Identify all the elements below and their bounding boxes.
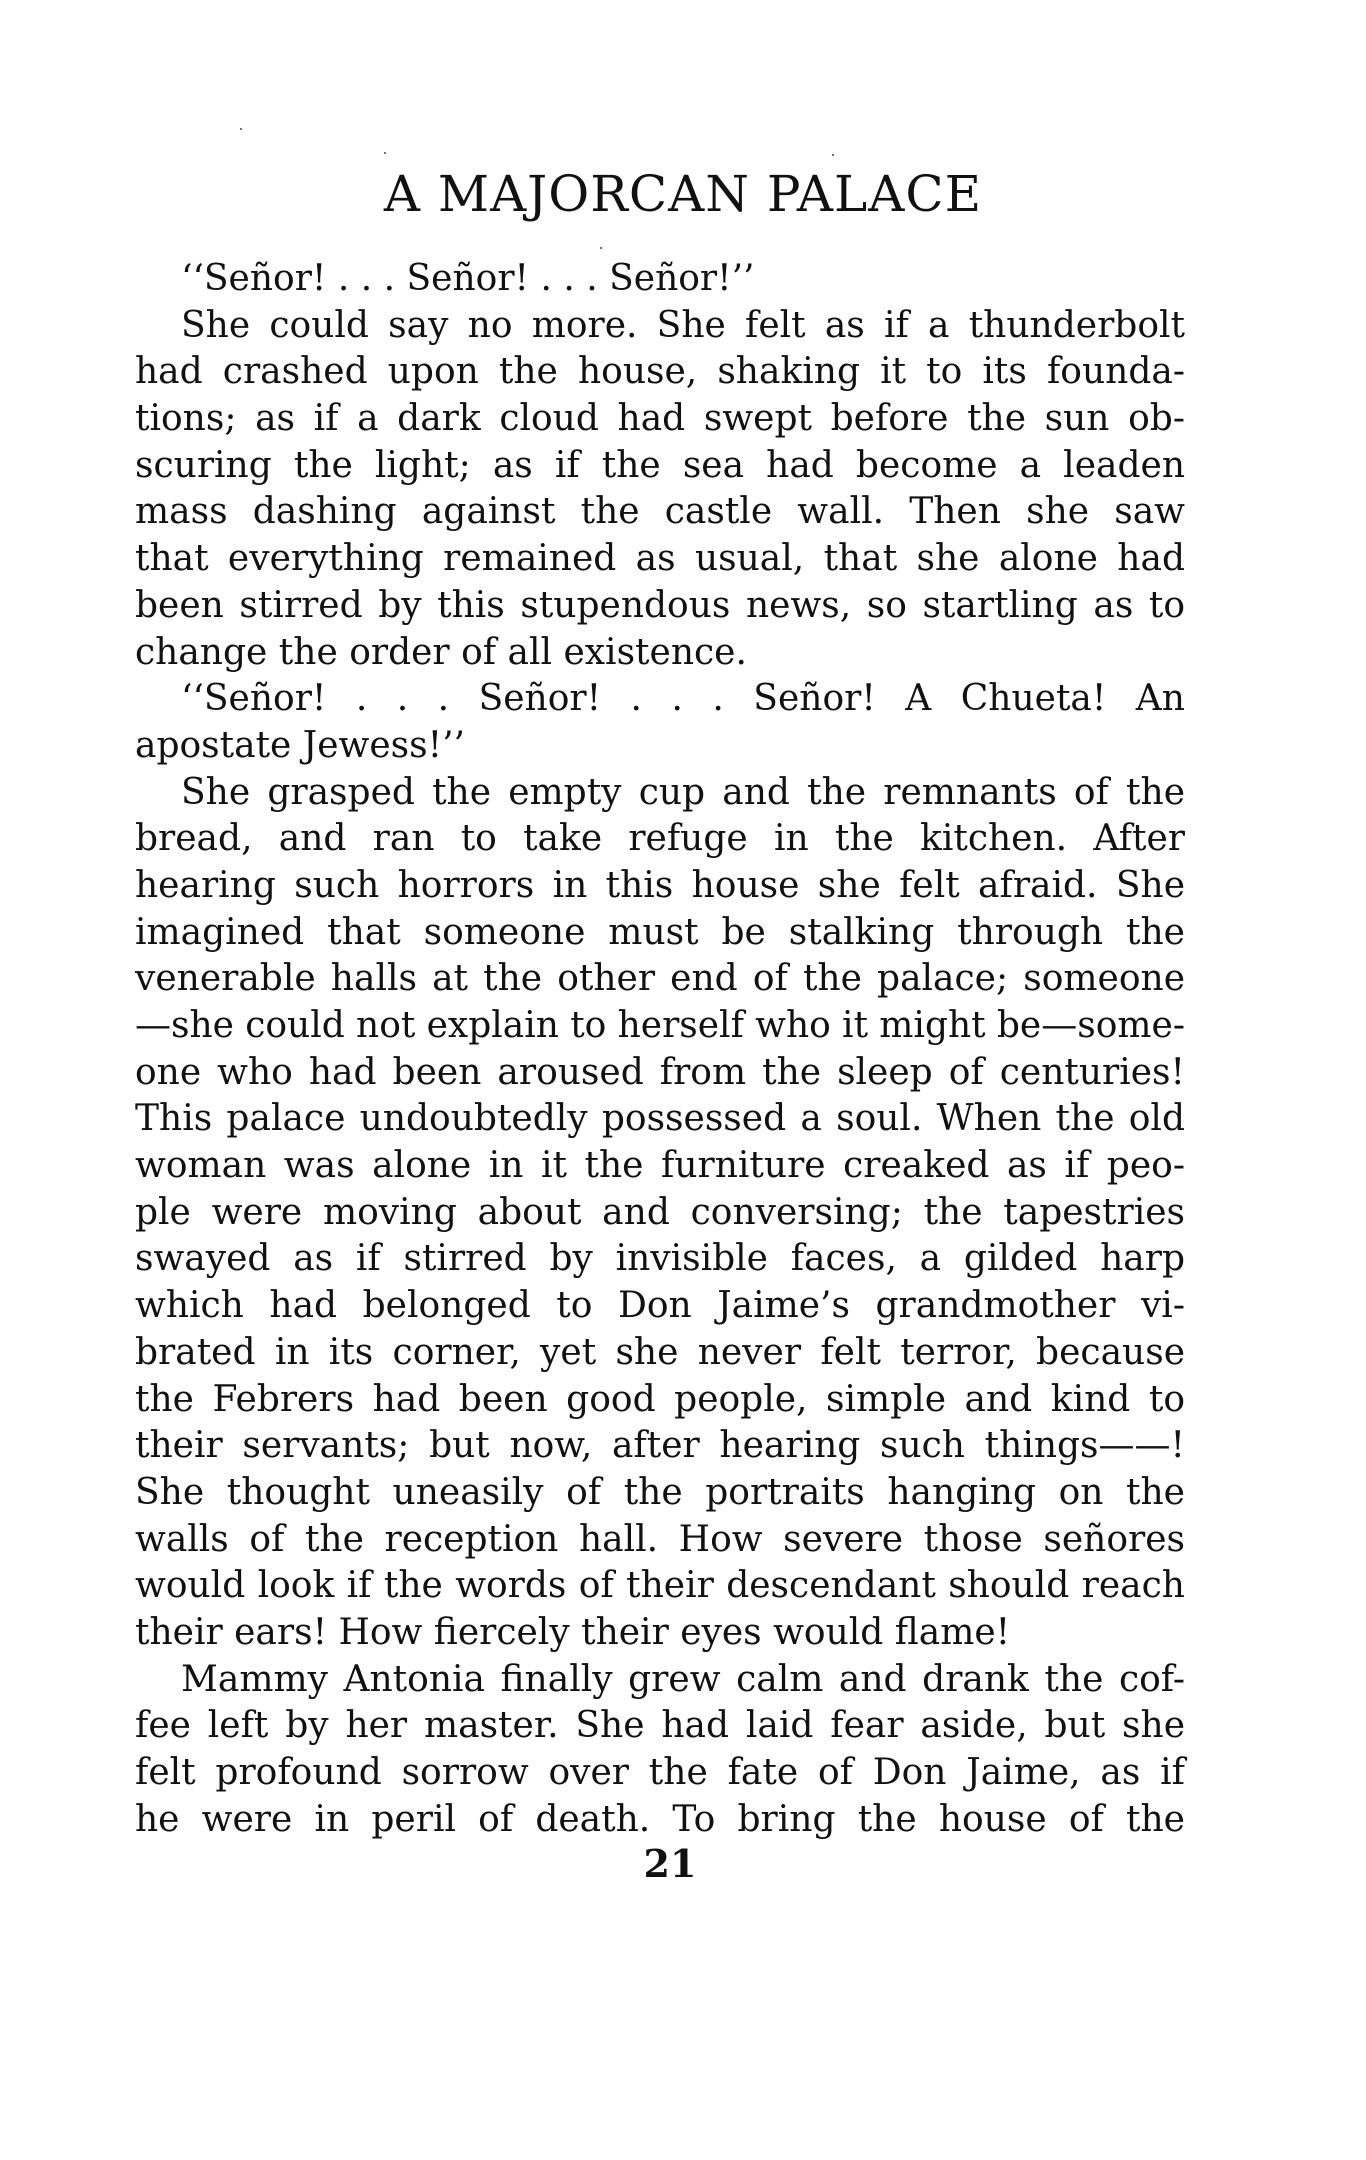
text-line: venerable halls at the other end of the … bbox=[135, 956, 1185, 1003]
text-line: She grasped the empty cup and the remnan… bbox=[135, 770, 1185, 817]
text-line: ‘‘Señor! . . . Señor! . . . Señor! A Chu… bbox=[135, 676, 1185, 723]
text-line: imagined that someone must be stalking t… bbox=[135, 910, 1185, 957]
text-line: This palace undoubtedly possessed a soul… bbox=[135, 1096, 1185, 1143]
text-line: their ears! How fiercely their eyes woul… bbox=[135, 1610, 1185, 1657]
text-line: been stirred by this stupendous news, so… bbox=[135, 583, 1185, 630]
text-line: fee left by her master. She had laid fea… bbox=[135, 1703, 1185, 1750]
text-line: felt profound sorrow over the fate of Do… bbox=[135, 1750, 1185, 1797]
text-line: ‘‘Señor! . . . Señor! . . . Señor!’’ bbox=[135, 256, 1185, 303]
text-line: the Febrers had been good people, simple… bbox=[135, 1377, 1185, 1424]
text-line: change the order of all existence. bbox=[135, 630, 1185, 677]
text-line: one who had been aroused from the sleep … bbox=[135, 1050, 1185, 1097]
text-line: ple were moving about and conversing; th… bbox=[135, 1190, 1185, 1237]
text-line: scuring the light; as if the sea had bec… bbox=[135, 443, 1185, 490]
text-line: —she could not explain to herself who it… bbox=[135, 1003, 1185, 1050]
text-line: their servants; but now, after hearing s… bbox=[135, 1423, 1185, 1470]
text-line: woman was alone in it the furniture crea… bbox=[135, 1143, 1185, 1190]
text-line: would look if the words of their descend… bbox=[135, 1563, 1185, 1610]
text-line: She could say no more. She felt as if a … bbox=[135, 303, 1185, 350]
page-number: 21 bbox=[0, 1842, 1340, 1886]
text-line: mass dashing against the castle wall. Th… bbox=[135, 489, 1185, 536]
text-line: walls of the reception hall. How severe … bbox=[135, 1517, 1185, 1564]
scan-speck bbox=[384, 152, 386, 154]
text-line: brated in its corner, yet she never felt… bbox=[135, 1330, 1185, 1377]
text-line: swayed as if stirred by invisible faces,… bbox=[135, 1236, 1185, 1283]
body-text: ‘‘Señor! . . . Señor! . . . Señor!’’She … bbox=[135, 256, 1185, 1843]
text-line: which had belonged to Don Jaime’s grandm… bbox=[135, 1283, 1185, 1330]
text-line: bread, and ran to take refuge in the kit… bbox=[135, 816, 1185, 863]
text-line: had crashed upon the house, shaking it t… bbox=[135, 349, 1185, 396]
book-page: A MAJORCAN PALACE ‘‘Señor! . . . Señor! … bbox=[0, 0, 1366, 2160]
chapter-title: A MAJORCAN PALACE bbox=[0, 166, 1366, 222]
scan-speck bbox=[832, 154, 834, 156]
scan-speck bbox=[600, 247, 602, 249]
text-line: tions; as if a dark cloud had swept befo… bbox=[135, 396, 1185, 443]
text-line: Mammy Antonia finally grew calm and dran… bbox=[135, 1657, 1185, 1704]
text-line: She thought uneasily of the portraits ha… bbox=[135, 1470, 1185, 1517]
text-line: he were in peril of death. To bring the … bbox=[135, 1797, 1185, 1844]
text-line: that everything remained as usual, that … bbox=[135, 536, 1185, 583]
text-line: hearing such horrors in this house she f… bbox=[135, 863, 1185, 910]
text-line: apostate Jewess!’’ bbox=[135, 723, 1185, 770]
scan-speck bbox=[240, 128, 242, 130]
